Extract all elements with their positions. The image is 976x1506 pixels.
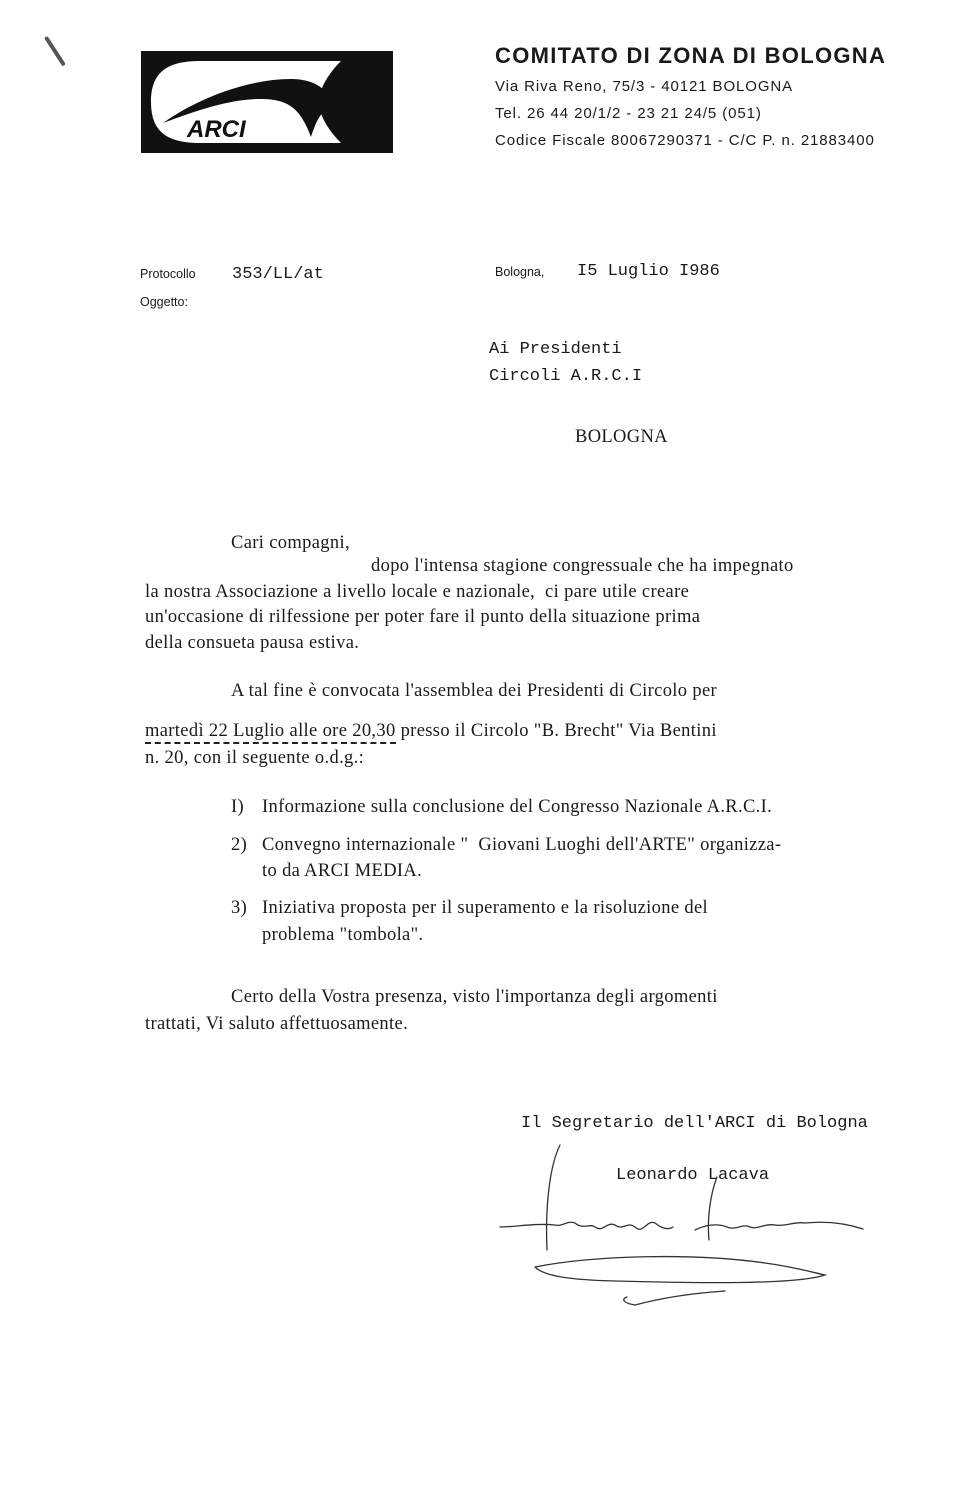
salutation: Cari compagni,: [231, 533, 350, 554]
para1-line: dopo l'intensa stagione congressuale che…: [371, 556, 794, 577]
para1-line: la nostra Associazione a livello locale …: [145, 582, 689, 603]
recipient-line2: Circoli A.R.C.I: [489, 367, 642, 386]
recipient-city: BOLOGNA: [575, 427, 668, 448]
place-label: Bologna,: [495, 265, 544, 279]
meeting-datetime: martedì 22 Luglio alle ore 20,30: [145, 721, 396, 744]
subject-label: Oggetto:: [140, 295, 188, 309]
para2-line: martedì 22 Luglio alle ore 20,30 presso …: [145, 721, 717, 742]
agenda-item: Convegno internazionale " Giovani Luoghi…: [262, 835, 781, 856]
recipient-line1: Ai Presidenti: [489, 340, 622, 359]
agenda-item-cont: to da ARCI MEDIA.: [262, 861, 422, 882]
arci-logo: ARCI: [141, 51, 393, 153]
para2-line: n. 20, con il seguente o.d.g.:: [145, 748, 364, 769]
para1-line: della consueta pausa estiva.: [145, 633, 359, 654]
address: Via Riva Reno, 75/3 - 40121 BOLOGNA: [495, 78, 793, 95]
agenda-item: Iniziativa proposta per il superamento e…: [262, 898, 708, 919]
para1-line: un'occasione di rilfessione per poter fa…: [145, 607, 700, 628]
agenda-number: I): [231, 797, 244, 818]
date-value: I5 Luglio I986: [577, 262, 720, 281]
organization-name: COMITATO DI ZONA DI BOLOGNA: [495, 43, 886, 69]
closing-line: Certo della Vostra presenza, visto l'imp…: [231, 987, 718, 1008]
phone: Tel. 26 44 20/1/2 - 23 21 24/5 (051): [495, 105, 762, 122]
handwritten-signature: [495, 1135, 875, 1320]
agenda-item-cont: problema "tombola".: [262, 925, 424, 946]
agenda-number: 3): [231, 898, 247, 919]
closing-line: trattati, Vi saluto affettuosamente.: [145, 1014, 408, 1035]
protocol-label: Protocollo: [140, 267, 196, 281]
fiscal-code: Codice Fiscale 80067290371 - C/C P. n. 2…: [495, 132, 875, 149]
staple-mark: [44, 36, 66, 67]
logo-text: ARCI: [186, 116, 247, 143]
protocol-value: 353/LL/at: [232, 265, 324, 284]
agenda-number: 2): [231, 835, 247, 856]
agenda-item: Informazione sulla conclusione del Congr…: [262, 797, 772, 818]
signatory-title: Il Segretario dell'ARCI di Bologna: [521, 1114, 868, 1133]
para2-line: A tal fine è convocata l'assemblea dei P…: [231, 681, 717, 702]
